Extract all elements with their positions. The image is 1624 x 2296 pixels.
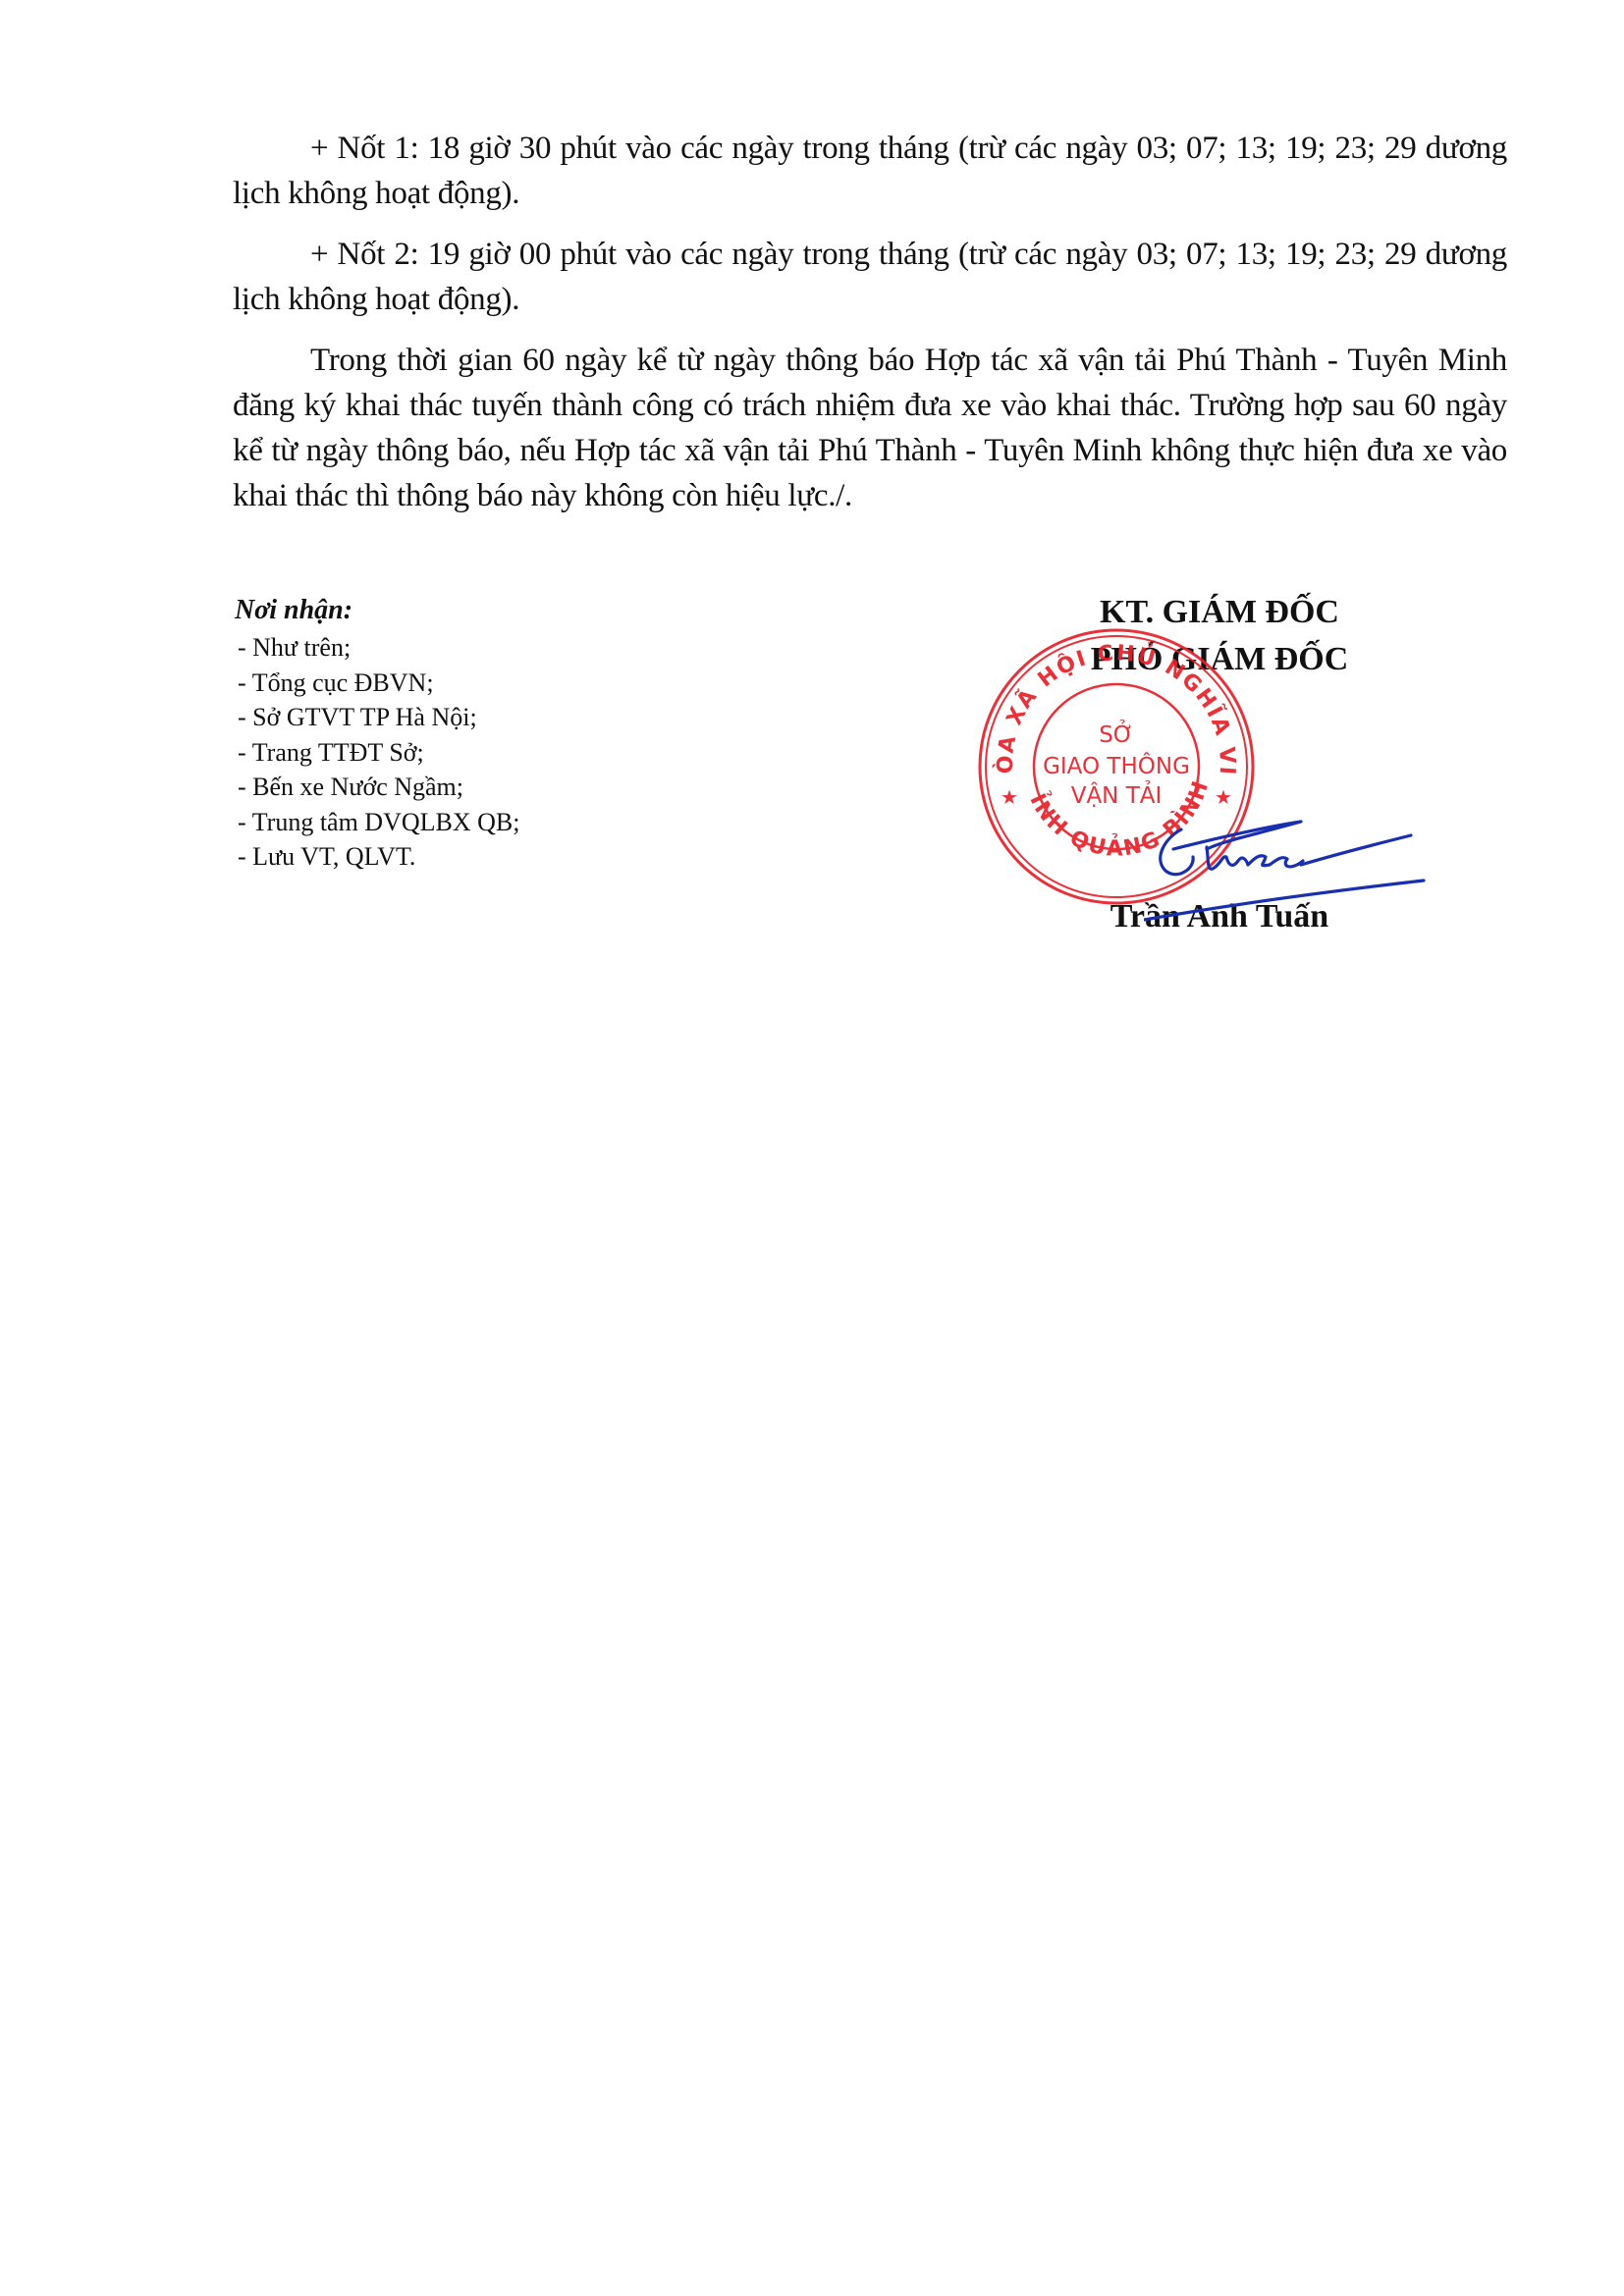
recipients-list: - Như trên; - Tổng cục ĐBVN; - Sở GTVT T… xyxy=(235,630,647,875)
recipient-item: - Sở GTVT TP Hà Nội; xyxy=(235,700,647,735)
document-page: + Nốt 1: 18 giờ 30 phút vào các ngày tro… xyxy=(0,0,1624,2296)
recipient-item: - Trung tâm DVQLBX QB; xyxy=(235,805,647,840)
recipients-block: Nơi nhận: - Như trên; - Tổng cục ĐBVN; -… xyxy=(235,591,647,875)
stamp-center-line-2: GIAO THÔNG xyxy=(1043,752,1190,779)
stamp-star-left-icon: ★ xyxy=(1001,785,1018,809)
recipient-item: - Trang TTĐT Sở; xyxy=(235,735,647,771)
recipients-title: Nơi nhận: xyxy=(235,591,647,630)
recipient-item: - Tổng cục ĐBVN; xyxy=(235,666,647,701)
recipient-item: - Như trên; xyxy=(235,630,647,666)
body-text: + Nốt 1: 18 giờ 30 phút vào các ngày tro… xyxy=(233,126,1507,534)
signature-block: KT. GIÁM ĐỐC PHÓ GIÁM ĐỐC xyxy=(1021,589,1418,683)
recipient-item: - Lưu VT, QLVT. xyxy=(235,839,647,875)
paragraph-schedule-2: + Nốt 2: 19 giờ 00 phút vào các ngày tro… xyxy=(233,232,1507,322)
signer-name: Trần Anh Tuấn xyxy=(1021,893,1418,940)
paragraph-validity: Trong thời gian 60 ngày kể từ ngày thông… xyxy=(233,338,1507,518)
stamp-center-line-1: SỞ xyxy=(1099,720,1134,748)
stamp-center-line-3: VẬN TẢI xyxy=(1071,780,1163,809)
paragraph-schedule-1: + Nốt 1: 18 giờ 30 phút vào các ngày tro… xyxy=(233,126,1507,216)
recipient-item: - Bến xe Nước Ngầm; xyxy=(235,770,647,805)
signer-role-line-1: KT. GIÁM ĐỐC xyxy=(1021,589,1418,636)
signer-role-line-2: PHÓ GIÁM ĐỐC xyxy=(1021,636,1418,683)
stamp-star-right-icon: ★ xyxy=(1215,785,1232,809)
